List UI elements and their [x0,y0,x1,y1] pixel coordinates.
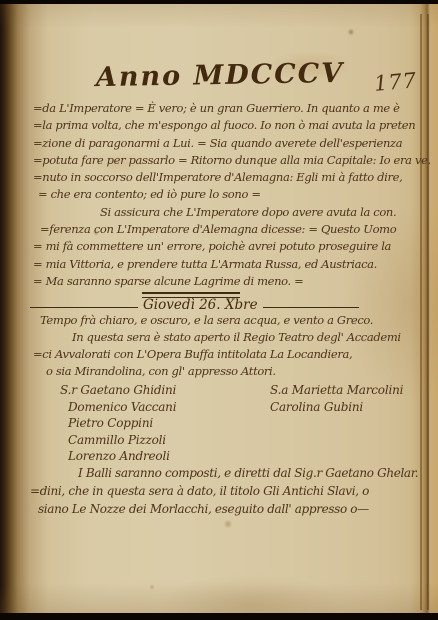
manuscript-line: =potuta fare per passarlo = Ritorno dunq… [30,153,412,170]
photo-top-border [0,0,438,4]
paragraph-balli: I Balli saranno composti, e diretti dal … [30,466,412,520]
manuscript-line: =ci Avvalorati con L'Opera Buffa intitol… [30,347,412,364]
cast-member: Lorenzo Andreoli [60,449,270,466]
manuscript-line: = mi fà commettere un' errore, poichè av… [30,239,412,256]
divider-rule-left [30,307,138,308]
cast-lists: S.r Gaetano Ghidini Domenico Vaccani Pie… [30,383,412,466]
page-edge-line [427,14,429,610]
cast-member: Domenico Vaccani [60,400,270,417]
divider-rule-right [263,307,359,308]
manuscript-line: =nuto in soccorso dell'Imperatore d'Alem… [30,170,412,187]
manuscript-line: = Ma saranno sparse alcune Lagrime di me… [30,274,412,291]
cast-member: Pietro Coppini [60,416,270,433]
cast-member: S.r Gaetano Ghidini [60,383,270,400]
manuscript-line: =ferenza con L'Imperatore d'Alemagna dic… [30,222,412,239]
divider-date: Giovedì 26. Xbre [138,297,263,313]
manuscript-content: =da L'Imperatore = È vero; è un gran Gue… [30,101,412,520]
manuscript-line: In questa sera è stato aperto il Regio T… [30,330,412,347]
photo-bottom-border [0,613,438,620]
manuscript-line: I Balli saranno composti, e diretti dal … [30,466,412,484]
paragraph-teatro: Tempo frà chiaro, e oscuro, e la sera ac… [30,313,412,381]
manuscript-photo: Anno MDCCCV 177 =da L'Imperatore = È ver… [0,0,438,620]
cast-member: S.a Marietta Marcolini [270,383,412,400]
manuscript-line: =dini, che in questa sera à dato, il tit… [30,484,412,502]
manuscript-line: o sia Mirandolina, con gl' appresso Atto… [30,364,412,381]
manuscript-line: = che era contento; ed iò pure lo sono = [30,187,412,204]
cast-list-women: S.a Marietta Marcolini Carolina Gubini [270,383,412,466]
manuscript-line: =la prima volta, che m'espongo al fuoco.… [30,118,412,135]
cast-member: Cammillo Pizzoli [60,433,270,450]
page-number: 177 [373,68,418,96]
cast-member: Carolina Gubini [270,400,412,417]
cast-list-men: S.r Gaetano Ghidini Domenico Vaccani Pie… [30,383,270,466]
manuscript-line: =da L'Imperatore = È vero; è un gran Gue… [30,101,412,118]
section-divider: Giovedì 26. Xbre [30,291,412,313]
page-title: Anno MDCCCV [70,57,370,93]
manuscript-line: =zione di paragonarmi a Lui. = Sia quand… [30,136,412,153]
manuscript-line: Si assicura che L'Imperatore dopo avere … [30,205,412,222]
paragraph-conferenza: Si assicura che L'Imperatore dopo avere … [30,205,412,291]
manuscript-page: Anno MDCCCV 177 =da L'Imperatore = È ver… [0,4,438,613]
paragraph-imperatore: =da L'Imperatore = È vero; è un gran Gue… [30,101,412,205]
manuscript-line: Tempo frà chiaro, e oscuro, e la sera ac… [30,313,412,330]
manuscript-line: siano Le Nozze dei Morlacchi, eseguito d… [30,502,412,520]
page-edge-line [420,14,422,610]
divider-date-row: Giovedì 26. Xbre [30,299,360,315]
manuscript-line: = mia Vittoria, e prendere tutta L'Armat… [30,257,412,274]
